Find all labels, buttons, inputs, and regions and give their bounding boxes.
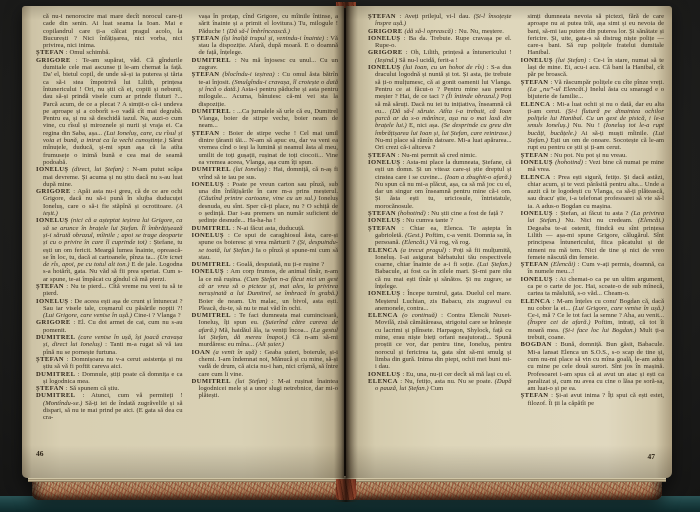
- dialogue-paragraph: ȘTEFAN (își înalță trupul și, venindu-i …: [192, 35, 339, 57]
- speaker-name: IONELUȘ: [368, 35, 400, 42]
- speaker-name: IONELUȘ: [36, 166, 68, 173]
- speaker-name: ȘTEFAN: [36, 49, 64, 56]
- speaker-name: IONELUȘ: [521, 276, 553, 283]
- speaker-name: DUMITREL: [36, 392, 75, 399]
- speaker-name: GRIGORE: [36, 188, 71, 195]
- stage-direction: (lui Ștefan): [235, 378, 267, 385]
- speaker-name: ȘTEFAN: [368, 13, 396, 20]
- dialogue-paragraph: ELENCA : M-am înțeles cu conu' Bogdan că…: [521, 298, 665, 342]
- dialogue-paragraph: GRIGORE : El. Cu doi armei de cai, cum n…: [36, 319, 183, 334]
- page-number-right: 47: [648, 452, 656, 461]
- speaker-name: ȘTEFAN: [192, 71, 220, 78]
- dialogue-paragraph: IONELUȘ (lui Ioan, cu un hohot de rîs) :…: [368, 64, 512, 152]
- dialogue-paragraph: ȘTEFAN : Nu te pierd... Cîtă vreme nu vr…: [36, 283, 183, 298]
- dialogue-paragraph: DUMITREL (lui Ștefan) : M-ai rușinat îna…: [192, 378, 339, 400]
- speaker-name: GRIGORE: [368, 49, 403, 56]
- dialogue-paragraph: ȘTEFAN : Chiar ea, Elenca. Te aștepta în…: [368, 225, 512, 247]
- speaker-name: IONELUȘ: [521, 159, 553, 166]
- dialogue-paragraph: DUMITREL : N-ai făcut asta, duducuță.: [192, 225, 339, 232]
- speaker-name: DUMITREL: [36, 371, 75, 378]
- stage-direction: (lui Ștefan): [556, 57, 587, 64]
- dialogue-paragraph: BOGDAN : Bună, domniță. Bun găsit, Babac…: [521, 341, 665, 392]
- dialogue-paragraph: IONELUȘ (direct, lui Ștefan) : N-am putu…: [36, 166, 183, 188]
- dialogue-paragraph: ȘTEFAN (hohotind) : Nu știi cine a fost …: [368, 210, 512, 217]
- stage-direction: (a trecut pragul): [400, 247, 446, 254]
- dialogue-paragraph: IONELUȘ (nici că a așteptat ieșirea lui …: [36, 217, 183, 283]
- speaker-name: ELENCA: [368, 247, 398, 254]
- book-page-left: că nu-i nenorocire mai mare decît norocu…: [22, 6, 344, 478]
- dialogue-paragraph: GRIGORE : Apăi asta nu-i greu, că de ce …: [36, 188, 183, 217]
- dialogue-paragraph: IONELUȘ (lui Ștefan) : Ce-i în stare, nu…: [521, 57, 665, 79]
- dialogue-paragraph: ELENCA (o continuă) : Contra Elencăi Nux…: [368, 312, 512, 370]
- stage-direction: (direct, lui Ștefan): [72, 166, 124, 173]
- text-column-2: vașa în proțap, cînd Grigore, cu mîinile…: [192, 13, 339, 465]
- speaker-name: ȘTEFAN: [368, 152, 396, 159]
- speaker-name: ȘTEFAN: [521, 152, 549, 159]
- page-number-left: 46: [36, 449, 44, 458]
- speaker-name: ȘTEFAN: [36, 356, 64, 363]
- dialogue-paragraph: DUMITREL : ...Ca jurnalele să urle că eu…: [192, 108, 339, 130]
- speaker-name: ELENCA: [521, 174, 551, 181]
- dialogue-paragraph: IONELUȘ : Nu cumva tante ?: [368, 217, 512, 224]
- speaker-name: ȘTEFAN: [521, 79, 549, 86]
- dialogue-paragraph: ELENCA : Nu, fetițo, asta nu. Nu se poat…: [368, 378, 512, 393]
- speaker-name: GRIGORE: [36, 319, 71, 326]
- speaker-name: BOGDAN: [521, 341, 552, 348]
- dialogue-paragraph: DUMITREL : Domnule, știți poate că domni…: [36, 371, 183, 386]
- speaker-name: DUMITREL: [192, 378, 231, 385]
- dialogue-paragraph: ȘTEFAN (blocîndu-i ieșirea) : Cu omul ăs…: [192, 71, 339, 107]
- dialogue-paragraph: DUMITREL : Atunci, cum vă permiteți ! (M…: [36, 392, 183, 421]
- dialogue-paragraph: IONELUȘ : De aceea ești așa de crunt și …: [36, 298, 183, 320]
- dialogue-paragraph: GRIGORE (dă să-l oprească) : Nu. Nu, meș…: [368, 28, 512, 35]
- speaker-name: IONELUȘ: [36, 217, 68, 224]
- speaker-name: DUMITREL: [192, 312, 231, 319]
- speaker-name: DUMITREL: [192, 57, 231, 64]
- speaker-name: ȘTEFAN: [192, 35, 220, 42]
- speaker-name: IONELUȘ: [368, 159, 400, 166]
- speaker-name: DUMITREL: [36, 334, 75, 341]
- open-book: că nu-i nenorocire mai mare decît norocu…: [18, 2, 676, 502]
- speaker-name: DUMITREL: [192, 108, 231, 115]
- speaker-name: IONELUȘ: [368, 371, 400, 378]
- speaker-name: DUMITREL: [192, 225, 231, 232]
- speaker-name: IONELUȘ: [192, 181, 224, 188]
- speaker-name: IOAN: [192, 349, 211, 356]
- dialogue-paragraph: ȘTEFAN : Aveți prilejul, vi-l dau. (Și-l…: [368, 13, 512, 28]
- dialogue-paragraph: DUMITREL (lui Ioneluș) : Hai, domniță, c…: [192, 166, 339, 181]
- dialogue-paragraph: simți dumneata nevoia să pictezi, fără d…: [521, 13, 665, 57]
- dialogue-paragraph: ȘTEFAN : Domnișoara nu v-a cerut asisten…: [36, 356, 183, 371]
- dialogue-paragraph: DUMITREL (care venise în ușă, își joacă …: [36, 334, 183, 356]
- stage-direction: (Elencăi): [551, 261, 576, 268]
- book-photo-scene: că nu-i nenorocire mai mare decît norocu…: [0, 0, 700, 512]
- dialogue-paragraph: ELENCA : Prea ești sigură, fetițo. Și da…: [521, 174, 665, 210]
- stage-direction: (lui Ioneluș): [233, 166, 266, 173]
- dialogue-paragraph: GRIGORE : Oh, Lilith, prințesă a întuner…: [368, 49, 512, 64]
- speaker-name: ȘTEFAN: [368, 210, 396, 217]
- speaker-name: ȘTEFAN: [36, 283, 64, 290]
- speaker-name: ȘTEFAN: [36, 385, 64, 392]
- dialogue-paragraph: ȘTEFAN : Și-ai avut inima ? Îți spui că …: [521, 392, 665, 407]
- book-page-right: ȘTEFAN : Aveți prilejul, vi-l dau. (Și-l…: [346, 6, 672, 478]
- dialogue-paragraph: GRIGORE : Te-am supărat, văd. Că gînduri…: [36, 57, 183, 166]
- dialogue-paragraph: IONELUȘ : Ai chemat-o ca pe un ultim arg…: [521, 276, 665, 298]
- stage-direction: (lui Ioan, cu un hohot de rîs): [403, 64, 484, 71]
- dialogue-paragraph: ELENCA (a trecut pragul) : Poți să fii m…: [368, 247, 512, 291]
- speaker-name: DUMITREL: [192, 261, 231, 268]
- speaker-name: ELENCA: [521, 298, 551, 305]
- text-column-1: că nu-i nenorocire mai mare decît norocu…: [36, 13, 183, 465]
- dialogue-paragraph: IONELUȘ : Începe turnirul, gata. Duelul …: [368, 290, 512, 312]
- dialogue-paragraph: IONELUȘ (hohotind) : Vezi bine că numai …: [521, 159, 665, 174]
- dialogue-paragraph: IONELUȘ : Poate pe vreun carton sau pînz…: [192, 181, 339, 225]
- speaker-name: ȘTEFAN: [521, 392, 549, 399]
- stage-direction: (hohotind): [398, 210, 426, 217]
- speaker-name: GRIGORE: [36, 57, 71, 64]
- speaker-name: ELENCA: [368, 378, 398, 385]
- speaker-name: ELENCA: [368, 312, 398, 319]
- speaker-name: IONELUȘ: [36, 298, 68, 305]
- dialogue-paragraph: IOAN (a venit în ușă) : Geaba șuieri, bo…: [192, 349, 339, 378]
- speaker-name: IONELUȘ: [521, 210, 553, 217]
- left-page-text-block: că nu-i nenorocire mai mare decît norocu…: [36, 13, 338, 465]
- dialogue-paragraph: IONELUȘ : Ba da. Trebuie. Rupe cravașa p…: [368, 35, 512, 50]
- speaker-name: ȘTEFAN: [521, 261, 549, 268]
- speaker-name: ȘTEFAN: [368, 225, 396, 232]
- speaker-name: IONELUȘ: [192, 268, 224, 275]
- dialogue-paragraph: IONELUȘ : Asta-mi place la dumneata, Ște…: [368, 159, 512, 210]
- dialogue-paragraph: ELENCA : Mi-a luat ochii și nu o dată, d…: [521, 101, 665, 152]
- dialogue-paragraph: ȘTEFAN : Boier de stirpe veche ! Cel mai…: [192, 130, 339, 166]
- speaker-name: IONELUȘ: [368, 290, 400, 297]
- dialogue-paragraph: ȘTEFAN (Elencăi) : Cum v-ați permis, doa…: [521, 261, 665, 276]
- dialogue-paragraph: ȘTEFAN : Nu-mi permit să cred nimic.: [368, 152, 512, 159]
- text-column-4: simți dumneata nevoia să pictezi, fără d…: [521, 13, 665, 465]
- text-column-3: ȘTEFAN : Aveți prilejul, vi-l dau. (Și-l…: [368, 13, 512, 465]
- dialogue-paragraph: vașa în proțap, cînd Grigore, cu mîinile…: [192, 13, 339, 35]
- speaker-name: IONELUȘ: [192, 232, 224, 239]
- dialogue-paragraph: IONELUȘ : Ce spui de caraghiosul ăsta, c…: [192, 232, 339, 261]
- speaker-name: ELENCA: [521, 101, 551, 108]
- dialogue-paragraph: ȘTEFAN : Nu pot. Nu pot și nu vreau.: [521, 152, 665, 159]
- dialogue-paragraph: DUMITREL : Goală, despuiată, nu ți-e ruș…: [192, 261, 339, 268]
- speaker-name: DUMITREL: [192, 166, 231, 173]
- speaker-name: IONELUȘ: [521, 57, 553, 64]
- stage-direction: (dă să-l oprească): [405, 28, 454, 35]
- right-page-text-block: ȘTEFAN : Aveți prilejul, vi-l dau. (Și-l…: [368, 13, 664, 465]
- dialogue-paragraph: IONELUȘ : Ștefan, ai făcut tu asta ? (La…: [521, 210, 665, 261]
- speaker-name: IONELUȘ: [368, 217, 400, 224]
- dialogue-paragraph: ȘTEFAN : Vă răscumpăr polițele cu cîte p…: [521, 79, 665, 101]
- dialogue-paragraph: că nu-i nenorocire mai mare decît norocu…: [36, 13, 183, 49]
- stage-direction: (a venit în ușă): [213, 349, 257, 356]
- dialogue-paragraph: DUMITREL : Te faci dumneata mai cumincio…: [192, 312, 339, 348]
- speaker-name: GRIGORE: [368, 28, 403, 35]
- stage-direction: (o continuă): [402, 312, 437, 319]
- speaker-name: IONELUȘ: [368, 64, 400, 71]
- stage-direction: (hohotind): [555, 159, 583, 166]
- dialogue-paragraph: IONELUȘ : Am corp frumos, de animal tînă…: [192, 268, 339, 312]
- dialogue-paragraph: ȘTEFAN : Să spunem că știu.: [36, 385, 183, 392]
- spine-headband-bottom: [336, 479, 356, 500]
- stage-direction: (își înalță trupul și, venindu-i înainte…: [222, 35, 324, 42]
- stage-direction: (blocîndu-i ieșirea): [222, 71, 274, 78]
- dialogue-paragraph: DUMITREL : Nu mă înjosesc cu unul... Cu …: [192, 57, 339, 72]
- dialogue-paragraph: IONELUȘ : Eu, una, nu-ți cer decît să mă…: [368, 371, 512, 378]
- speaker-name: ȘTEFAN: [192, 130, 220, 137]
- dialogue-paragraph: ȘTEFAN : Omul schimbă.: [36, 49, 183, 56]
